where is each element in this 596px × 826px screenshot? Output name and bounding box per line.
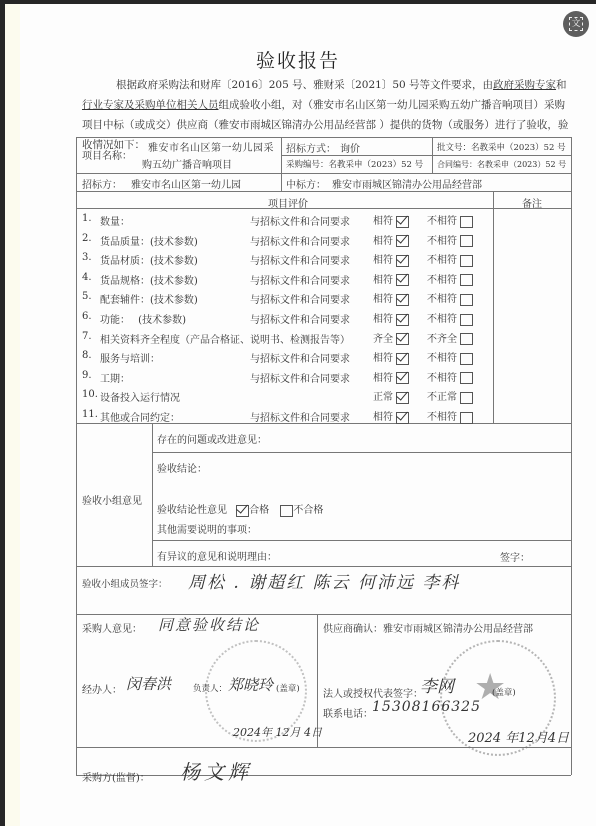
pass-checkbox[interactable]	[236, 505, 249, 517]
item-requirement: 与招标文件和合同要求	[250, 291, 350, 306]
fail-label: 不合格	[293, 505, 323, 516]
match-checkbox[interactable]	[396, 392, 409, 404]
approval-number: 批文号：名教采申（2023）52 号	[437, 141, 566, 153]
phone-label: 联系电话：	[323, 705, 373, 720]
item-requirement: 与招标文件和合同要求	[250, 272, 350, 287]
nomatch-label: 不相符	[427, 255, 457, 266]
match-checkbox[interactable]	[396, 372, 409, 384]
match-label: 相符	[373, 353, 393, 364]
item-nomatch-option: 不齐全	[427, 330, 473, 346]
translate-icon: 文	[569, 17, 583, 31]
item-match-option: 相符	[373, 251, 409, 267]
supplier-date: 2024 年12月4日	[468, 727, 569, 746]
tenderer-label: 招标方：	[82, 176, 122, 191]
nomatch-checkbox[interactable]	[460, 392, 473, 404]
item-match-option: 齐全	[373, 330, 409, 346]
conclusion-opinion-label: 验收结论性意见	[157, 505, 227, 516]
committee-section-label: 验收小组意见	[82, 492, 142, 507]
match-label: 相符	[373, 255, 393, 266]
nomatch-checkbox[interactable]	[460, 216, 473, 228]
nomatch-checkbox[interactable]	[460, 235, 473, 247]
nomatch-checkbox[interactable]	[460, 255, 473, 267]
purchase-number: 采购编号：名教采申（2023）52 号	[286, 158, 423, 170]
handler-label: 经办人：	[82, 681, 122, 696]
project-name-line2: 购五幼广播音响项目	[142, 156, 232, 171]
item-nomatch-option: 不相符	[427, 232, 473, 248]
item-number: 10.	[82, 389, 98, 400]
item-label: 货品质量：(技术参数)	[100, 233, 198, 248]
item-match-option: 相符	[373, 271, 409, 287]
nomatch-label: 不相符	[427, 314, 457, 325]
item-match-option: 相符	[373, 232, 409, 248]
bid-method-label: 招标方式：	[286, 140, 336, 155]
match-label: 正常	[373, 392, 393, 403]
item-nomatch-option: 不相符	[427, 349, 473, 365]
match-label: 齐全	[373, 334, 393, 345]
item-requirement: 与招标文件和合同要求	[250, 213, 350, 228]
item-label: 功能： (技术参数)	[100, 311, 186, 326]
item-number: 9.	[82, 370, 92, 381]
match-label: 相符	[373, 275, 393, 286]
item-match-option: 相符	[373, 349, 409, 365]
objection-label: 有异议的意见和说明理由：	[157, 548, 277, 563]
project-name-label: 项目名称：	[82, 147, 132, 162]
item-number: 2.	[82, 233, 92, 244]
handler-signature: 闵春洪	[126, 673, 171, 694]
evaluation-row: 9.工期：与招标文件和合同要求相符不相符	[82, 367, 492, 386]
evaluation-row: 10.设备投入运行情况正常不正常	[82, 386, 492, 405]
match-checkbox[interactable]	[396, 314, 409, 326]
item-requirement: 与招标文件和合同要求	[250, 409, 350, 424]
intro-and: 和	[556, 79, 567, 91]
match-label: 相符	[373, 412, 393, 423]
item-number: 11.	[82, 409, 98, 420]
evaluation-row: 4.货品规格：(技术参数)与招标文件和合同要求相符不相符	[82, 269, 492, 288]
item-label: 相关资料齐全程度（产品合格证、说明书、检测报告等）	[100, 331, 350, 346]
item-label: 货品材质：(技术参数)	[100, 252, 198, 267]
item-nomatch-option: 不相符	[427, 310, 473, 326]
item-number: 1.	[82, 213, 92, 224]
intro-underline-1: 政府采购专家	[493, 79, 556, 91]
match-checkbox[interactable]	[396, 294, 409, 306]
match-checkbox[interactable]	[396, 274, 409, 286]
nomatch-label: 不齐全	[427, 334, 457, 345]
sign-label: 签字：	[500, 549, 530, 564]
evaluation-header: 项目评价	[268, 195, 308, 210]
item-label: 配套辅件：(技术参数)	[100, 291, 198, 306]
match-checkbox[interactable]	[396, 412, 409, 424]
project-name-line1: 雅安市名山区第一幼儿园采	[148, 139, 274, 154]
item-match-option: 相符	[373, 290, 409, 306]
nomatch-checkbox[interactable]	[460, 314, 473, 326]
pass-label: 合格	[249, 505, 269, 516]
evaluation-row: 11.其他或合同约定：与招标文件和合同要求相符不相符	[82, 406, 492, 425]
match-checkbox[interactable]	[396, 353, 409, 365]
nomatch-label: 不相符	[427, 275, 457, 286]
item-label: 服务与培训：	[100, 350, 160, 365]
item-number: 8.	[82, 350, 92, 361]
issues-label: 存在的问题或改进意见：	[157, 431, 267, 446]
buyer-opinion-value: 同意验收结论	[158, 614, 260, 635]
item-number: 4.	[82, 272, 92, 283]
evaluation-row: 3.货品材质：(技术参数)与招标文件和合同要求相符不相符	[82, 249, 492, 268]
item-match-option: 相符	[373, 212, 409, 228]
nomatch-checkbox[interactable]	[460, 294, 473, 306]
item-label: 货品规格：(技术参数)	[100, 272, 198, 287]
members-signatures: 周松 . 谢超红 陈云 何沛远 李科	[188, 568, 460, 593]
nomatch-checkbox[interactable]	[460, 412, 473, 424]
nomatch-label: 不相符	[427, 353, 457, 364]
phone-value: 15308166325	[372, 699, 481, 715]
item-label: 其他或合同约定：	[100, 409, 180, 424]
nomatch-checkbox[interactable]	[460, 333, 473, 345]
principal-label: 负责人：	[193, 682, 227, 694]
evaluation-row: 2.货品质量：(技术参数)与招标文件和合同要求相符不相符	[82, 230, 492, 249]
winner-label: 中标方：	[286, 176, 326, 191]
rep-signature: 李网	[420, 672, 454, 697]
nomatch-label: 不相符	[427, 236, 457, 247]
supplier-seal-note: (盖章)	[492, 686, 516, 698]
page-title: 验收报告	[0, 46, 596, 73]
nomatch-label: 不相符	[427, 373, 457, 384]
nomatch-label: 不正常	[427, 392, 457, 403]
match-label: 相符	[373, 236, 393, 247]
nomatch-label: 不相符	[427, 216, 457, 227]
item-requirement: 与招标文件和合同要求	[250, 252, 350, 267]
intro-text-1: 根据政府采购法和财库〔2016〕205 号、雅财采〔2021〕50 号等文件要求…	[116, 79, 493, 91]
item-nomatch-option: 不相符	[427, 290, 473, 306]
intro-underline-2: 行业专家及采购单位相关人员	[82, 99, 219, 111]
winner-value: 雅安市雨城区锦清办公用品经营部	[332, 176, 482, 191]
bid-method-value: 询价	[340, 140, 360, 155]
rep-label: 法人或授权代表签字：	[323, 685, 423, 700]
conclusion-label: 验收结论：	[157, 460, 207, 475]
item-number: 3.	[82, 252, 92, 263]
fail-checkbox[interactable]	[280, 505, 293, 517]
item-number: 7.	[82, 331, 92, 342]
item-nomatch-option: 不相符	[427, 212, 473, 228]
item-requirement: 与招标文件和合同要求	[250, 233, 350, 248]
contract-number: 合同编号：名教采申（2023）52 号	[437, 159, 566, 170]
item-label: 工期：	[100, 370, 130, 385]
item-match-option: 相符	[373, 310, 409, 326]
item-requirement: 与招标文件和合同要求	[250, 350, 350, 365]
evaluation-row: 8.服务与培训：与招标文件和合同要求相符不相符	[82, 347, 492, 366]
tenderer-value: 雅安市名山区第一幼儿园	[131, 176, 241, 191]
match-label: 相符	[373, 294, 393, 305]
remarks-header: 备注	[522, 195, 542, 210]
item-requirement: 与招标文件和合同要求	[250, 370, 350, 385]
nomatch-checkbox[interactable]	[460, 372, 473, 384]
item-nomatch-option: 不正常	[427, 388, 473, 404]
supervisor-label: 采购方(监督)：	[82, 769, 150, 784]
item-label: 数量：	[100, 213, 130, 228]
item-nomatch-option: 不相符	[427, 369, 473, 385]
buyer-opinion-label: 采购人意见：	[82, 620, 142, 635]
item-match-option: 相符	[373, 369, 409, 385]
supervisor-signature: 杨文辉	[180, 756, 252, 785]
nomatch-checkbox[interactable]	[460, 353, 473, 365]
nomatch-label: 不相符	[427, 412, 457, 423]
item-number: 5.	[82, 291, 92, 302]
evaluation-row: 7.相关资料齐全程度（产品合格证、说明书、检测报告等）齐全不齐全	[82, 328, 492, 347]
match-label: 相符	[373, 373, 393, 384]
conclusion-opinion: 验收结论性意见 合格 不合格	[157, 501, 323, 517]
paper-edge	[5, 4, 20, 826]
item-match-option: 相符	[373, 408, 409, 424]
nomatch-checkbox[interactable]	[460, 274, 473, 286]
evaluation-row: 1.数量：与招标文件和合同要求相符不相符	[82, 210, 492, 229]
match-checkbox[interactable]	[396, 216, 409, 228]
other-notes-label: 其他需要说明的事项：	[157, 521, 257, 536]
evaluation-row: 6.功能： (技术参数)与招标文件和合同要求相符不相符	[82, 308, 492, 327]
buyer-date: 2024年 12月 4日	[233, 724, 322, 740]
match-label: 相符	[373, 314, 393, 325]
translate-button[interactable]: 文	[563, 11, 589, 37]
nomatch-label: 不相符	[427, 294, 457, 305]
item-match-option: 正常	[373, 388, 409, 404]
item-label: 设备投入运行情况	[100, 389, 180, 404]
principal-signature: 郑晓玲	[228, 674, 273, 695]
supplier-confirm-label: 供应商确认：	[323, 620, 383, 635]
match-checkbox[interactable]	[396, 235, 409, 247]
supplier-confirm-value: 雅安市雨城区锦清办公用品经营部	[383, 620, 533, 635]
match-checkbox[interactable]	[396, 255, 409, 267]
item-nomatch-option: 不相符	[427, 251, 473, 267]
match-checkbox[interactable]	[396, 333, 409, 345]
members-sign-label: 验收小组成员签字：	[82, 576, 168, 590]
item-number: 6.	[82, 311, 92, 322]
item-nomatch-option: 不相符	[427, 271, 473, 287]
match-label: 相符	[373, 216, 393, 227]
item-requirement: 与招标文件和合同要求	[250, 311, 350, 326]
item-nomatch-option: 不相符	[427, 408, 473, 424]
evaluation-row: 5.配套辅件：(技术参数)与招标文件和合同要求相符不相符	[82, 288, 492, 307]
buyer-seal-note: (盖章)	[276, 682, 300, 694]
